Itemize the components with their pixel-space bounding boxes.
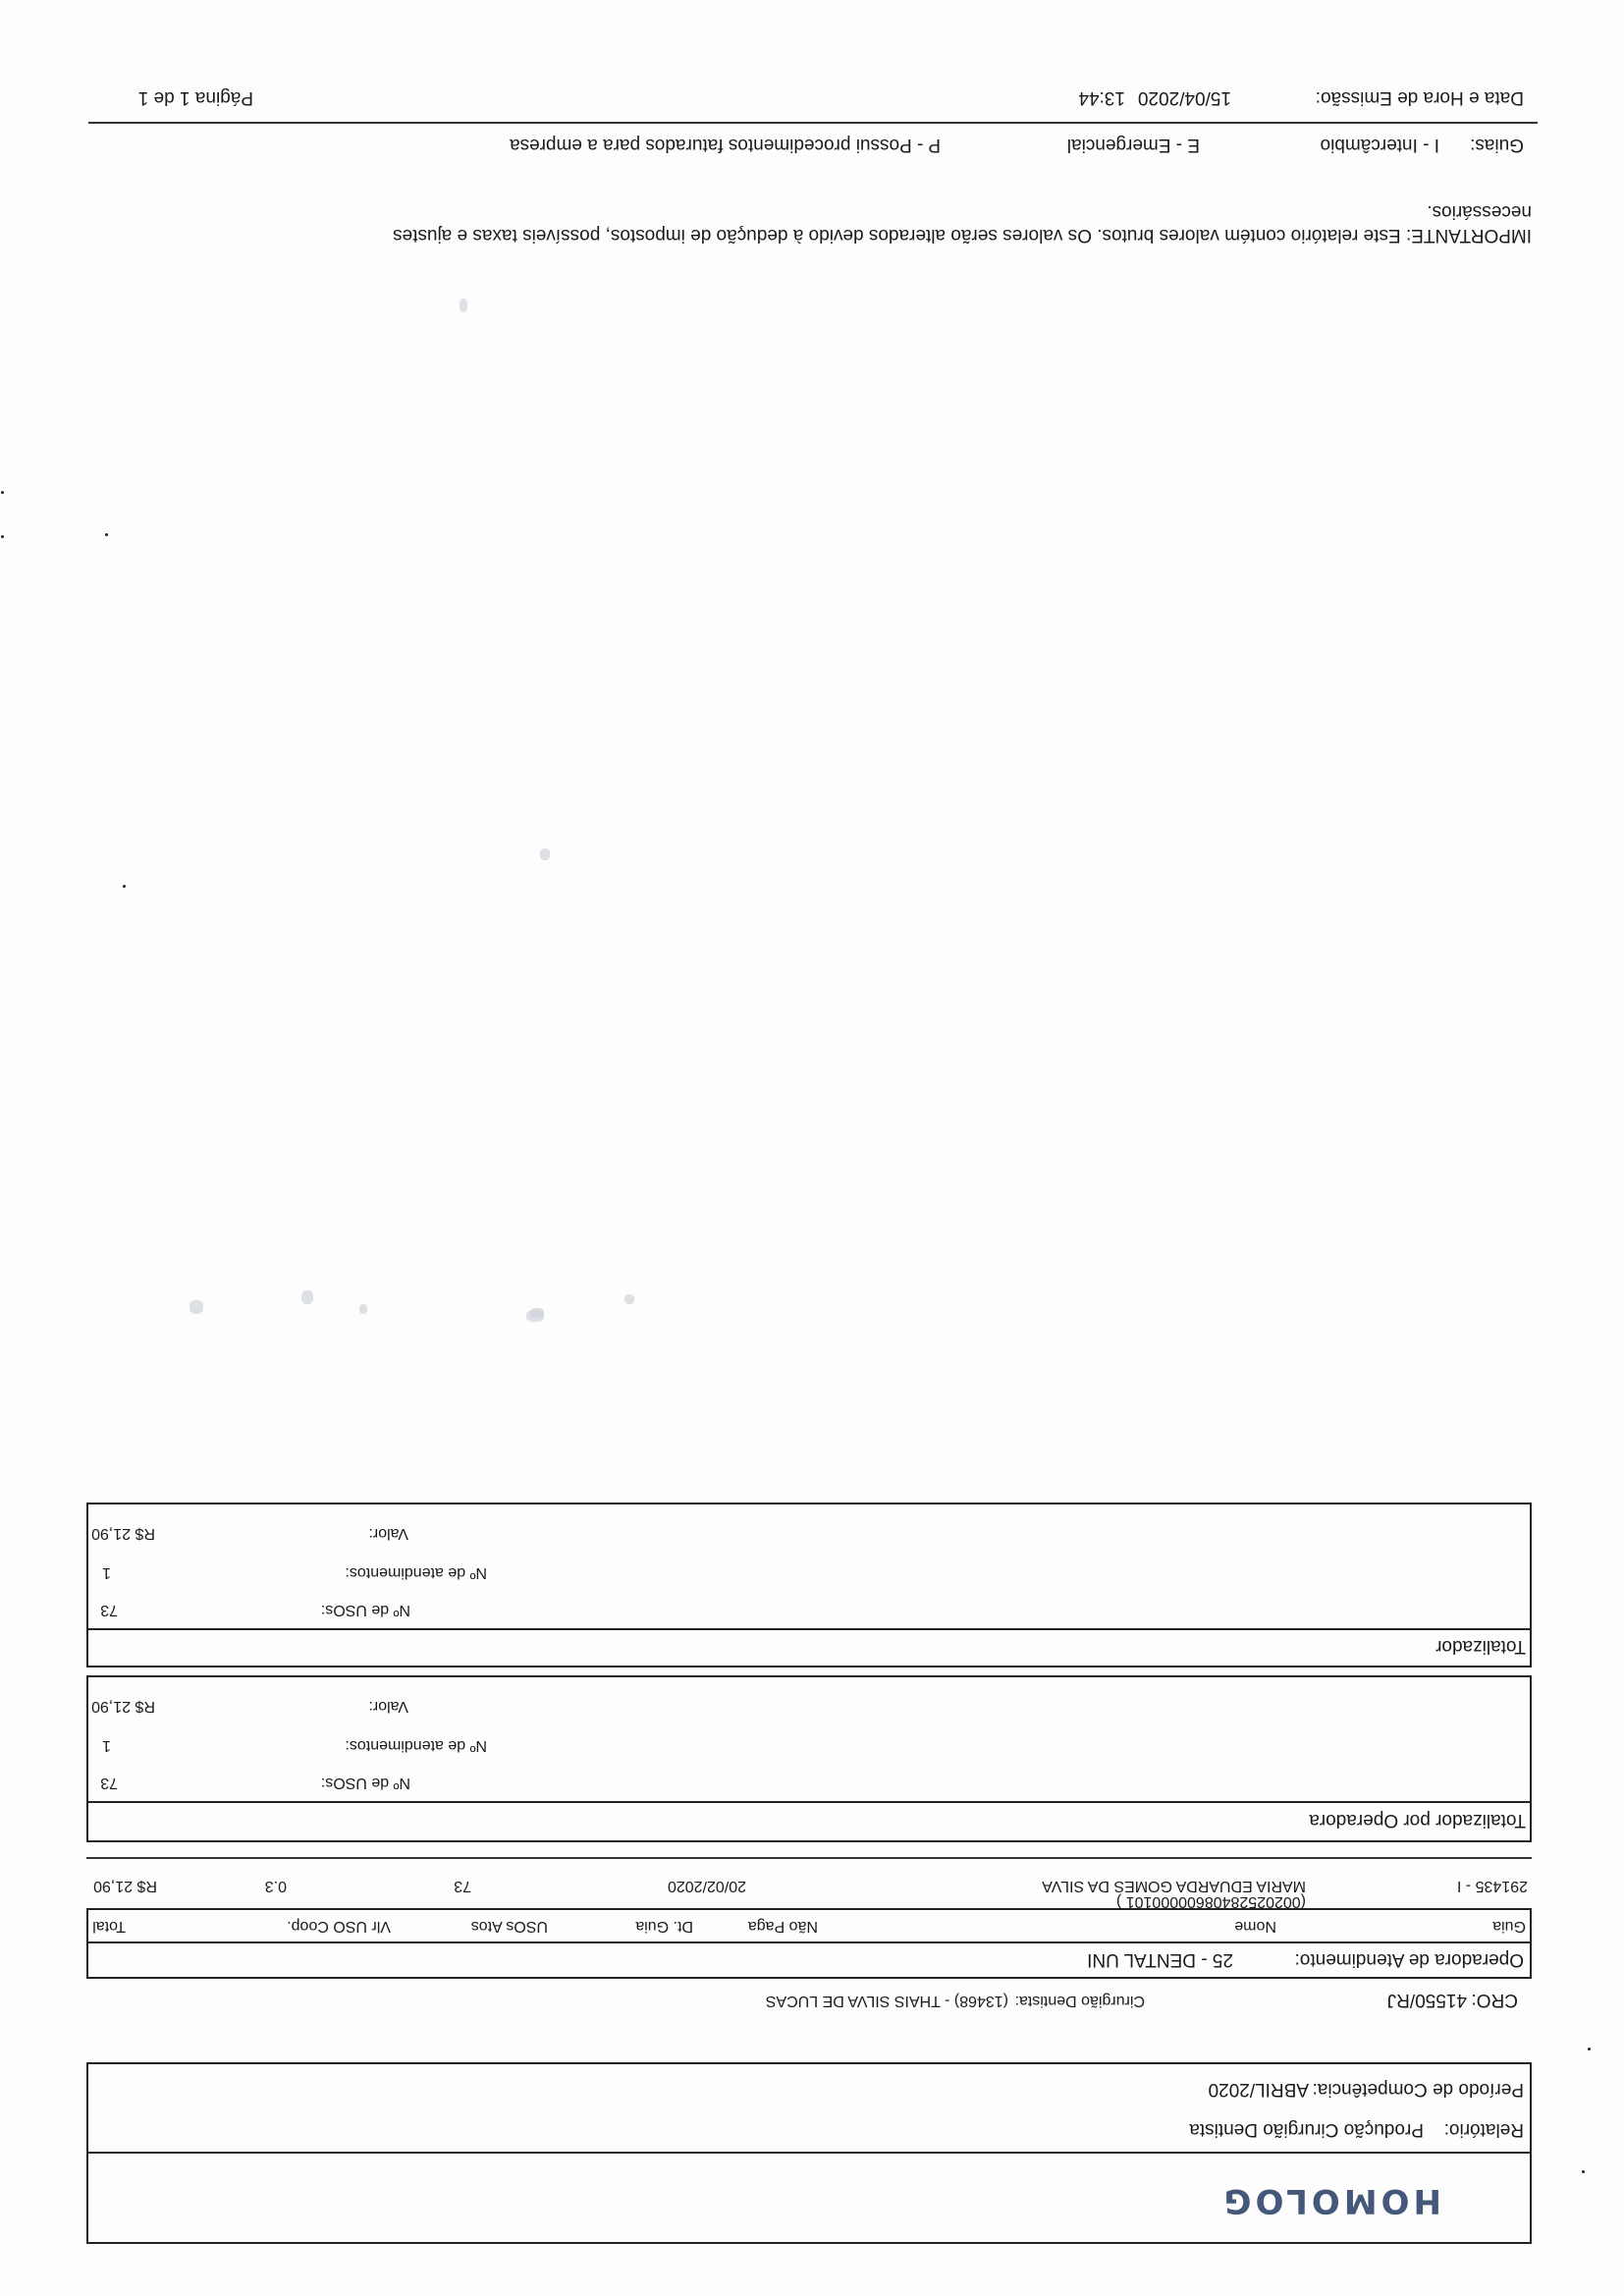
to-valor-value: R$ 21,90	[91, 1697, 155, 1715]
col-nao-paga: Não Paga	[748, 1917, 818, 1935]
totalizador-title: Totalizador	[1435, 1635, 1526, 1657]
totalizador-operadora-body: Nº de USOs: 73 Nº de atendimentos: 1 Val…	[86, 1675, 1532, 1801]
cro-label: CRO:	[1472, 1989, 1519, 2010]
scan-smudge	[301, 1290, 313, 1304]
page-number: Página 1 de 1	[138, 86, 253, 108]
row-vlr-uso-coop: 0.3	[265, 1877, 287, 1894]
col-guia: Guia	[1492, 1917, 1526, 1935]
emission-date: 15/04/2020	[1138, 86, 1231, 108]
important-note-line1: IMPORTANTE: Este relatório contém valore…	[393, 224, 1532, 246]
col-vlr-uso-coop: Vlr USO Coop.	[287, 1917, 391, 1935]
t-atend-label: Nº de atendimentos:	[345, 1563, 487, 1581]
report-value: Produção Cirurgião Dentista	[1189, 2118, 1424, 2140]
t-valor-value: R$ 21,90	[91, 1524, 155, 1542]
operadora-value: 25 - DENTAL UNI	[1087, 1948, 1233, 1970]
scan-dot	[1, 491, 4, 494]
totalizador-body: Nº de USOs: 73 Nº de atendimentos: 1 Val…	[86, 1503, 1532, 1628]
scan-smudge	[530, 1308, 544, 1318]
row-usos-atos: 73	[454, 1877, 471, 1894]
period-value: ABRIL/2020	[1209, 2078, 1309, 2100]
scan-smudge	[540, 848, 550, 860]
emission-time: 13:44	[1078, 86, 1125, 108]
cro-value: 41550/RJ	[1387, 1989, 1467, 2010]
operadora-label: Operadora de Atendimento:	[1295, 1948, 1524, 1970]
legend-empresa: P - Possui procedimentos faturados para …	[510, 134, 941, 155]
scan-smudge	[359, 1304, 367, 1314]
row-codigo: (00202528408600000101 )	[1116, 1892, 1306, 1910]
to-valor-label: Valor:	[368, 1697, 408, 1715]
to-usos-value: 73	[100, 1774, 118, 1791]
emission-label: Data e Hora de Emissão:	[1316, 86, 1524, 108]
scan-dot	[1588, 2048, 1591, 2050]
scan-dot	[123, 885, 126, 888]
col-nome: Nome	[1234, 1917, 1276, 1935]
totalizador-header: Totalizador	[86, 1628, 1532, 1667]
to-usos-label: Nº de USOs:	[321, 1774, 410, 1791]
report-header: HOMOLOG Relatório: Produção Cirurgião De…	[86, 2062, 1532, 2244]
report-page: HOMOLOG Relatório: Produção Cirurgião De…	[0, 0, 1624, 2296]
row-guia: 291435 - I	[1457, 1877, 1528, 1894]
guias-label: Guias:	[1470, 134, 1524, 155]
t-atend-value: 1	[102, 1563, 111, 1581]
report-label: Relatório:	[1444, 2118, 1524, 2140]
scan-dot	[105, 533, 108, 536]
period-label: Período de Competência:	[1313, 2078, 1524, 2100]
scan-smudge	[189, 1300, 203, 1314]
col-usos-atos: USOs Atos	[471, 1917, 548, 1935]
scan-dot	[1582, 2170, 1585, 2173]
to-atend-label: Nº de atendimentos:	[345, 1736, 487, 1754]
row-dt-guia: 20/02/2020	[668, 1877, 746, 1894]
to-atend-value: 1	[102, 1736, 111, 1754]
footer-rule	[88, 122, 1538, 124]
t-usos-label: Nº de USOs:	[321, 1601, 410, 1618]
totalizador-operadora-header: Totalizador por Operadora	[86, 1801, 1532, 1842]
scan-smudge	[460, 299, 467, 312]
legend-intercambio: I - Intercâmbio	[1321, 134, 1439, 155]
table-header: Guia Nome Não Paga Dt. Guia USOs Atos Vl…	[86, 1908, 1532, 1941]
col-dt-guia: Dt. Guia	[635, 1917, 693, 1935]
dentist-value: (13468) - THAIS SILVA DE LUCAS	[766, 1992, 1008, 2009]
legend-emergencial: E - Emergencial	[1067, 134, 1200, 155]
totalizador-operadora-title: Totalizador por Operadora	[1309, 1809, 1526, 1831]
operadora-box: Operadora de Atendimento: 25 - DENTAL UN…	[86, 1941, 1532, 1979]
dentist-label: Cirurgião Dentista:	[1015, 1992, 1146, 2009]
t-valor-label: Valor:	[368, 1524, 408, 1542]
t-usos-value: 73	[100, 1601, 118, 1618]
col-total: Total	[92, 1917, 126, 1935]
important-note-line2: necessários.	[1427, 200, 1532, 222]
scan-smudge	[624, 1294, 634, 1304]
table-row: 291435 - I MARIA EDUARDA GOMES DA SILVA …	[86, 1851, 1532, 1908]
scan-dot	[1, 535, 4, 538]
row-total: R$ 21,90	[93, 1877, 157, 1894]
homolog-logo: HOMOLOG	[1220, 2181, 1441, 2220]
